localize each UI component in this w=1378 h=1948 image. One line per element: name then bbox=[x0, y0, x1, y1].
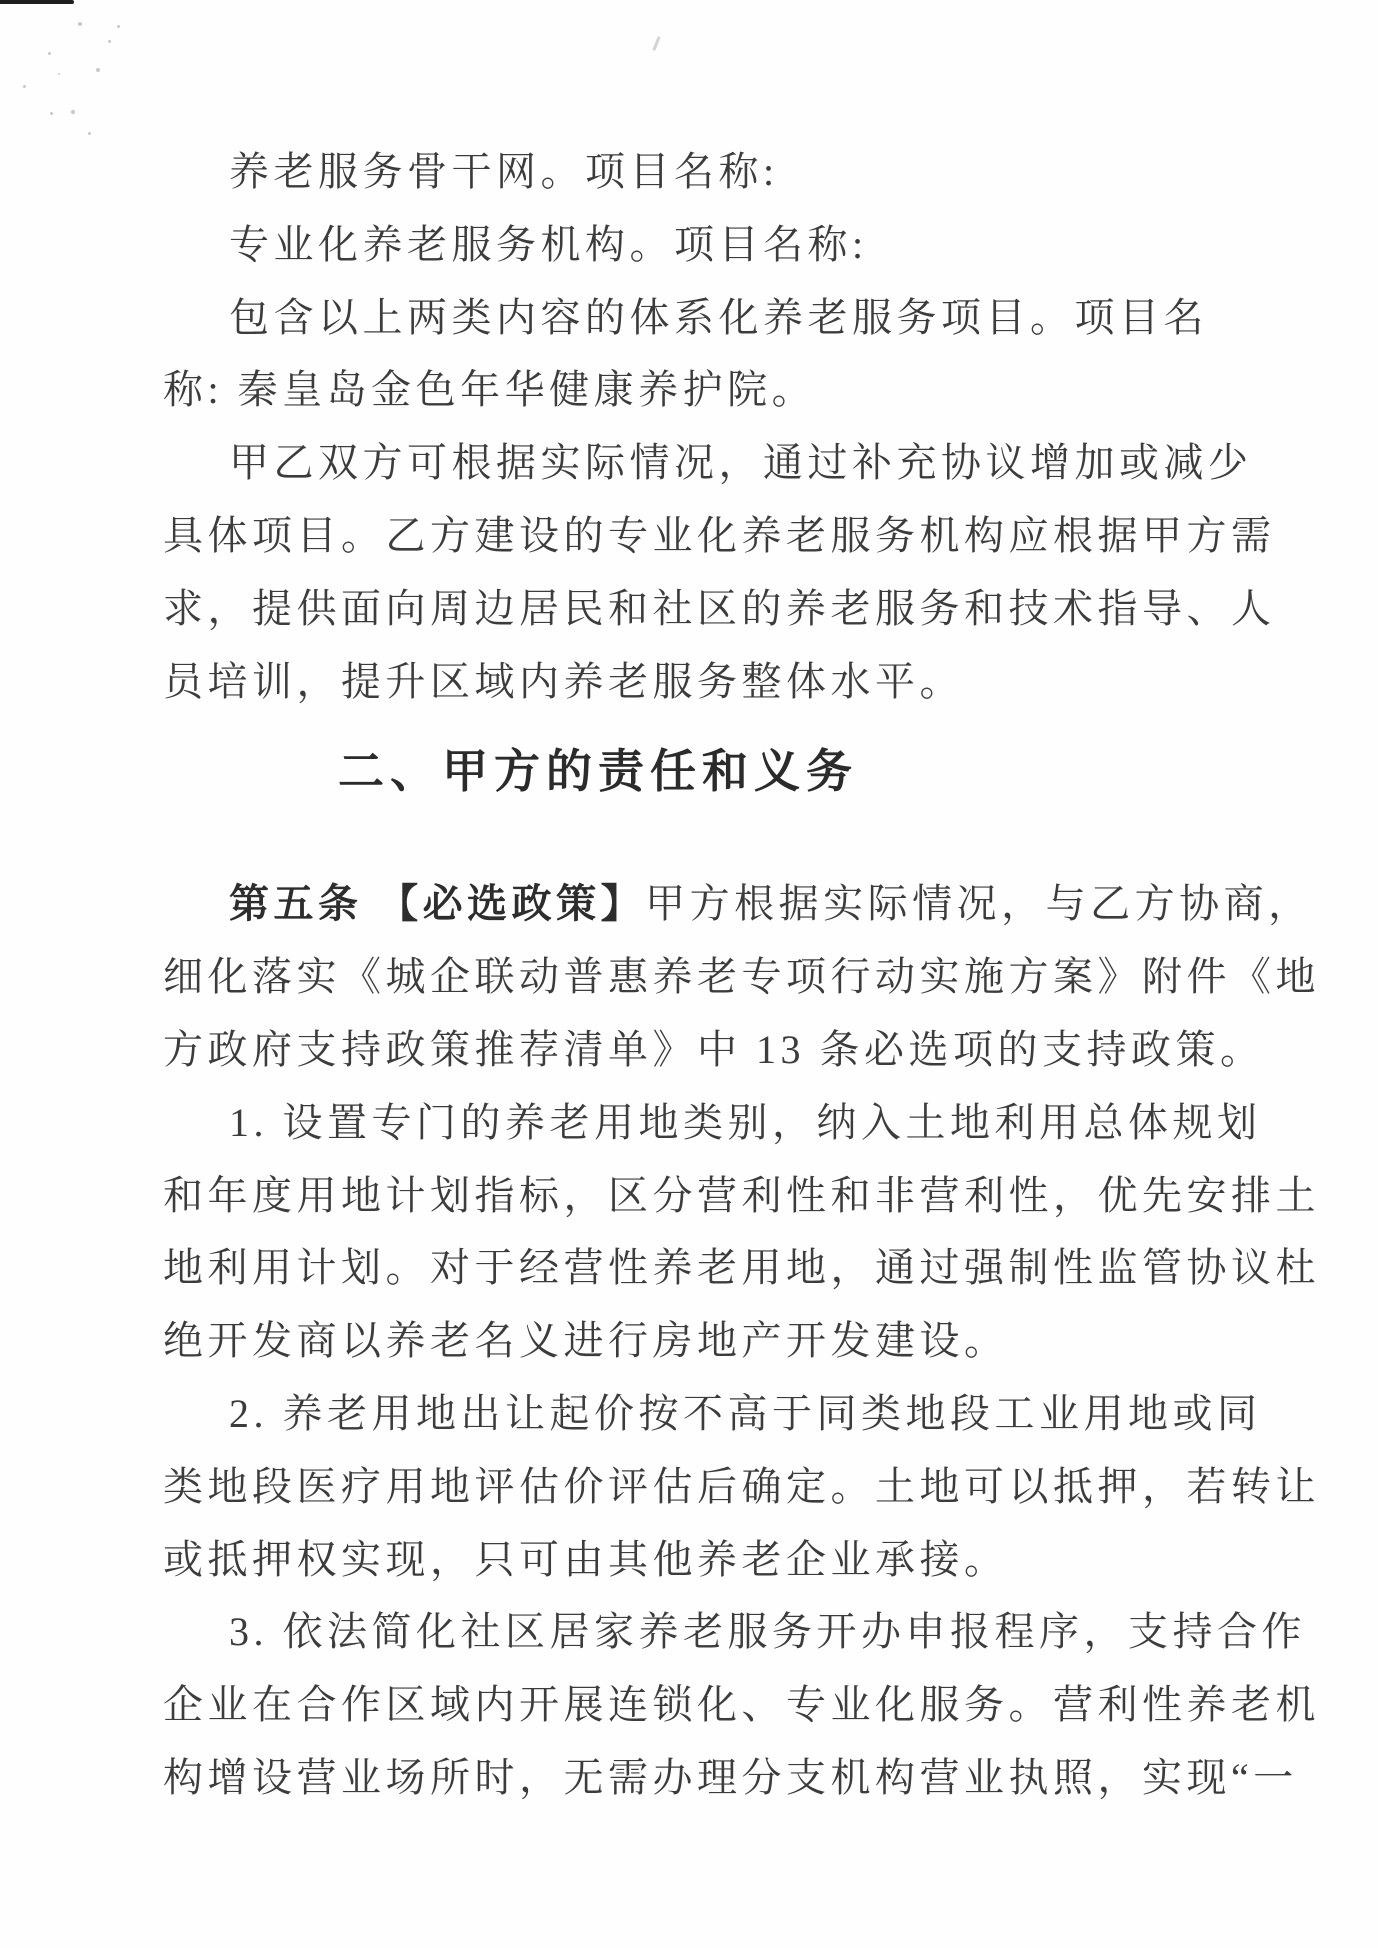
doc-line: 2. 养老用地出让起价按不高于同类地段工业用地或同 bbox=[163, 1378, 1253, 1451]
clause-number-label: 第五条 【必选政策】 bbox=[229, 882, 645, 926]
scan-speck bbox=[48, 52, 51, 55]
doc-line: 专业化养老服务机构。项目名称: bbox=[163, 209, 1253, 282]
scan-speck bbox=[117, 25, 120, 28]
clause-text: 甲方根据实际情况，与乙方协商， bbox=[645, 881, 1313, 926]
doc-line: 和年度用地计划指标，区分营利性和非营利性，优先安排土 bbox=[163, 1160, 1253, 1233]
scan-edge-artifact bbox=[0, 0, 74, 4]
doc-line: 具体项目。乙方建设的专业化养老服务机构应根据甲方需 bbox=[163, 500, 1253, 573]
scan-speck bbox=[23, 85, 26, 88]
scan-speck bbox=[108, 40, 111, 43]
doc-line: 3. 依法简化社区居家养老服务开办申报程序，支持合作 bbox=[163, 1596, 1253, 1669]
scan-smudge bbox=[652, 36, 660, 51]
doc-line: 类地段医疗用地评估价评估后确定。土地可以抵押，若转让 bbox=[163, 1451, 1253, 1524]
doc-line: 企业在合作区域内开展连锁化、专业化服务。营利性养老机 bbox=[163, 1669, 1253, 1742]
doc-line: 1. 设置专门的养老用地类别，纳入土地利用总体规划 bbox=[163, 1087, 1253, 1160]
doc-line: 或抵押权实现，只可由其他养老企业承接。 bbox=[163, 1524, 1253, 1597]
doc-line: 绝开发商以养老名义进行房地产开发建设。 bbox=[163, 1305, 1253, 1378]
scan-speck bbox=[71, 110, 75, 114]
document-body: 养老服务骨干网。项目名称: 专业化养老服务机构。项目名称: 包含以上两类内容的体… bbox=[163, 136, 1253, 1815]
scan-speck bbox=[96, 68, 100, 72]
scanned-document-page: 养老服务骨干网。项目名称: 专业化养老服务机构。项目名称: 包含以上两类内容的体… bbox=[0, 0, 1378, 1948]
doc-line: 方政府支持政策推荐清单》中 13 条必选项的支持政策。 bbox=[163, 1014, 1253, 1087]
doc-line: 养老服务骨干网。项目名称: bbox=[163, 136, 1253, 209]
doc-line: 员培训，提升区域内养老服务整体水平。 bbox=[163, 646, 1253, 719]
scan-speck bbox=[78, 22, 82, 26]
doc-line: 甲乙双方可根据实际情况，通过补充协议增加或减少 bbox=[163, 427, 1253, 500]
doc-line: 细化落实《城企联动普惠养老专项行动实施方案》附件《地 bbox=[163, 941, 1253, 1014]
doc-line: 构增设营业场所时，无需办理分支机构营业执照，实现“一 bbox=[163, 1742, 1253, 1815]
scan-speck bbox=[88, 132, 91, 135]
doc-line: 包含以上两类内容的体系化养老服务项目。项目名 bbox=[163, 282, 1253, 355]
doc-line: 称: 秦皇岛金色年华健康养护院。 bbox=[163, 354, 1253, 427]
scan-speck bbox=[50, 112, 53, 115]
doc-line: 第五条 【必选政策】甲方根据实际情况，与乙方协商， bbox=[163, 868, 1253, 941]
doc-line: 求，提供面向周边居民和社区的养老服务和技术指导、人 bbox=[163, 573, 1253, 646]
scan-speck bbox=[58, 73, 60, 75]
doc-line: 地利用计划。对于经营性养老用地，通过强制性监管协议杜 bbox=[163, 1232, 1253, 1305]
section-heading: 二、甲方的责任和义务 bbox=[53, 740, 1143, 802]
